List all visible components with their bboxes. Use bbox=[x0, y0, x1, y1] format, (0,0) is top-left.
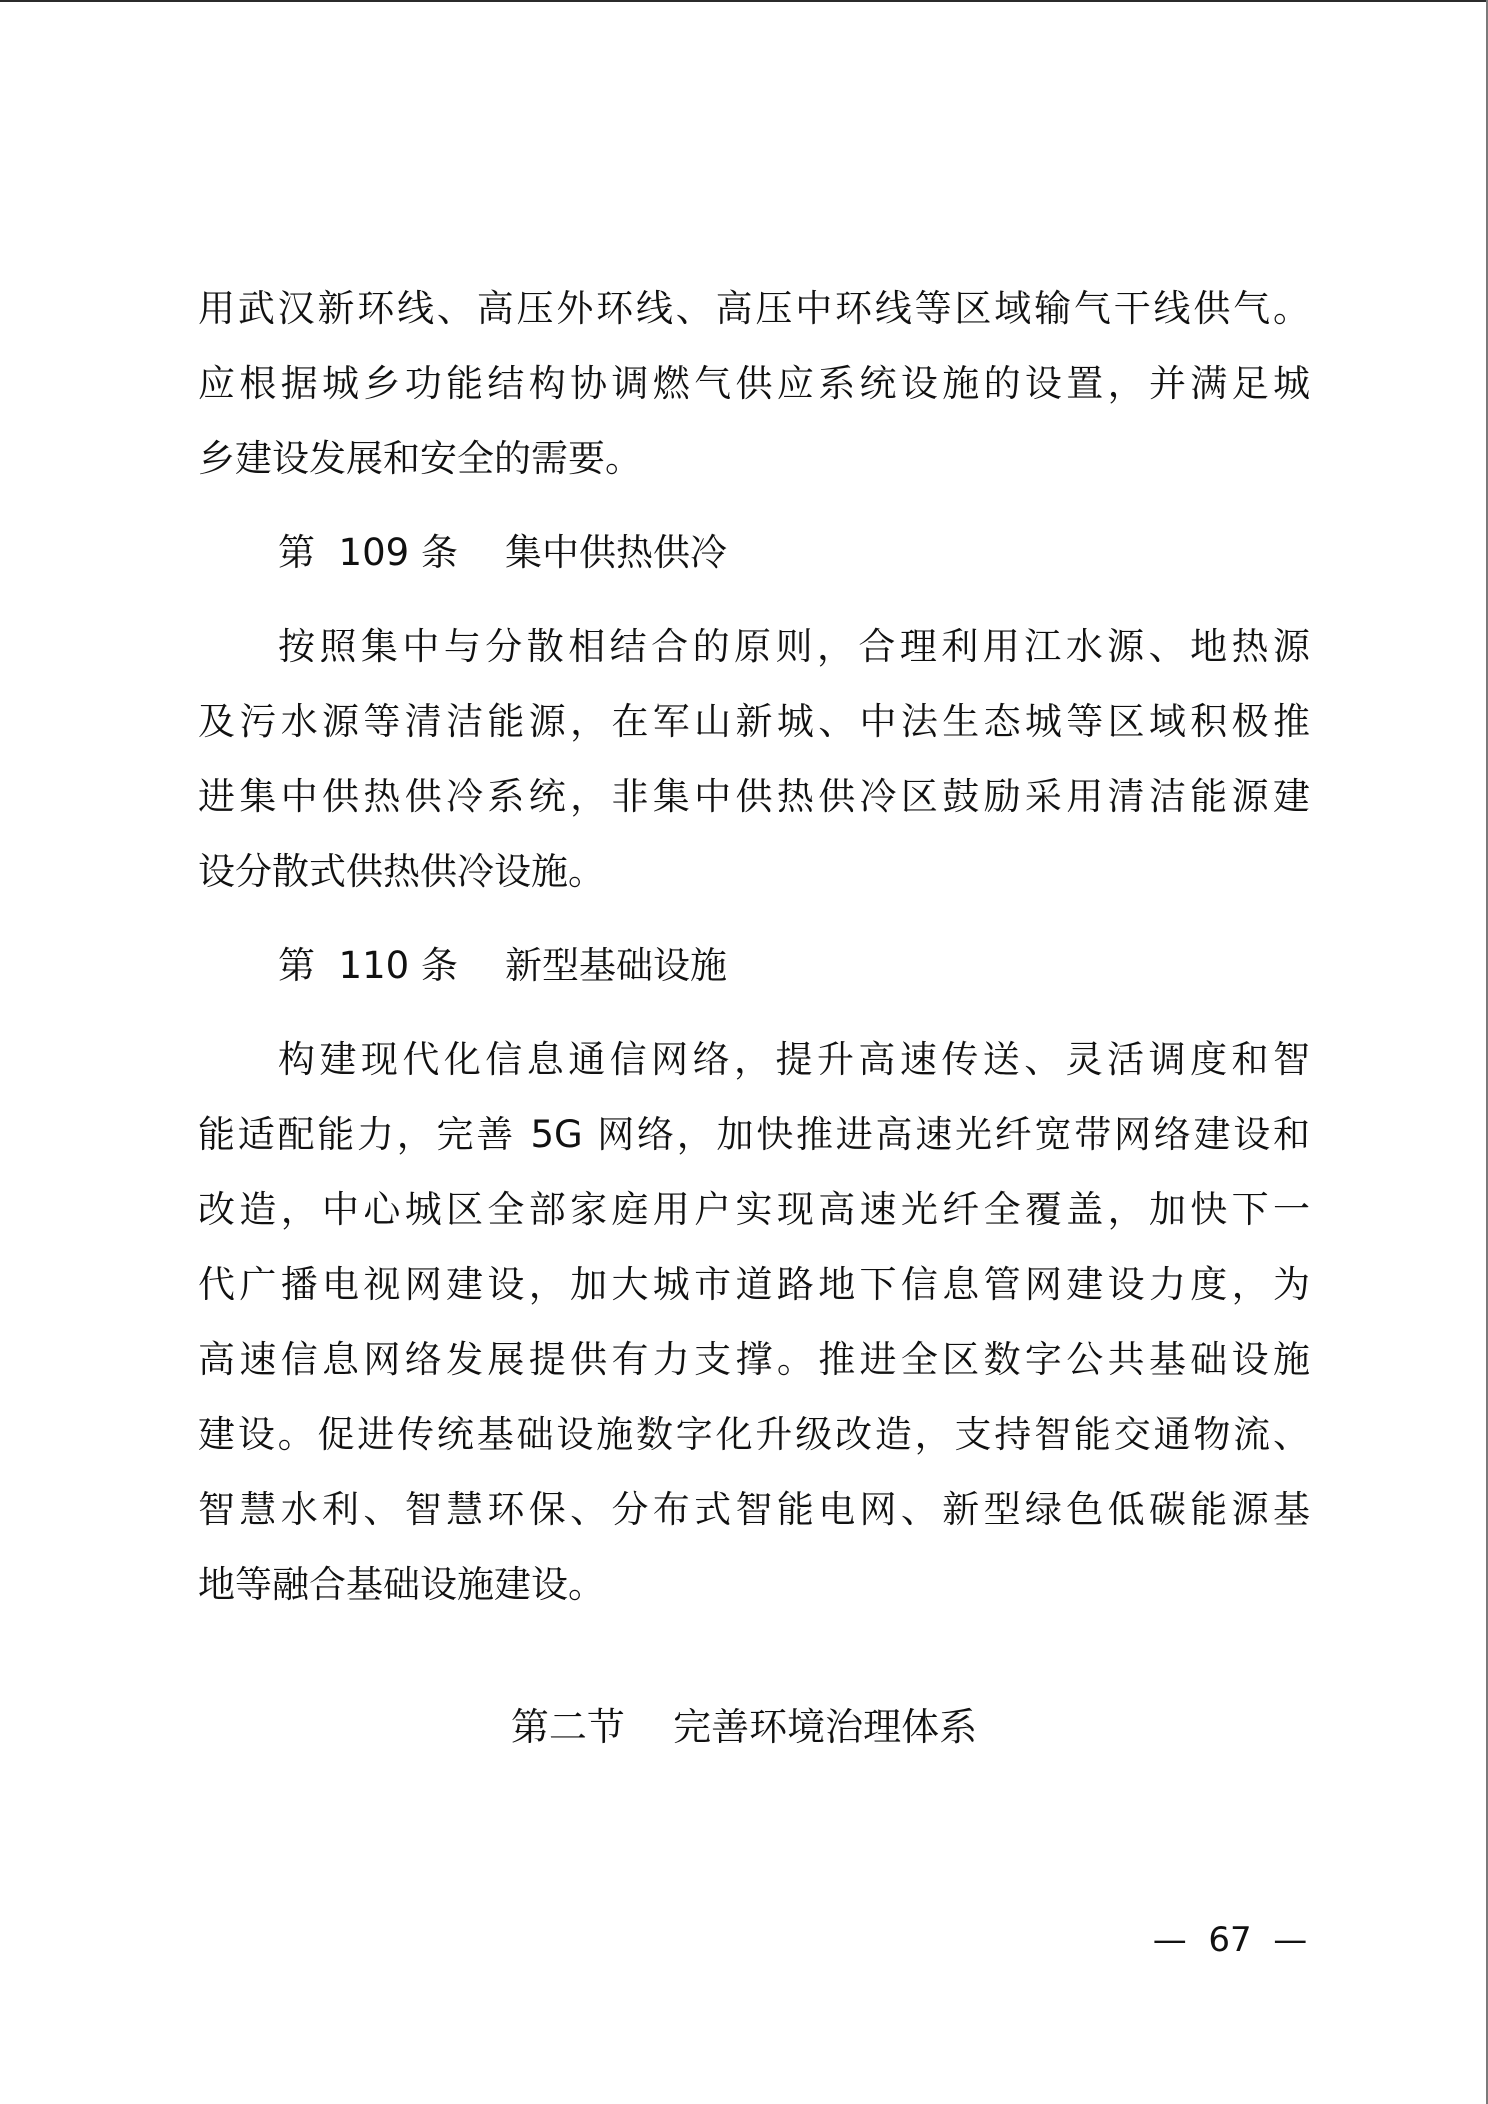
paragraph-line: 构建现代化信息通信网络，提升高速传送、灵活调度和智 bbox=[278, 1035, 1310, 1085]
paragraph-line: 代广播电视网建设，加大城市道路地下信息管网建设力度，为 bbox=[198, 1260, 1310, 1310]
paragraph-line: 设分散式供热供冷设施。 bbox=[198, 847, 1310, 897]
paragraph-line: 建设。促进传统基础设施数字化升级改造，支持智能交通物流、 bbox=[198, 1410, 1310, 1460]
paragraph-line: 乡建设发展和安全的需要。 bbox=[198, 434, 1310, 484]
paragraph-line: 应根据城乡功能结构协调燃气供应系统设施的设置，并满足城 bbox=[198, 359, 1310, 409]
paragraph-line: 进集中供热供冷系统，非集中供热供冷区鼓励采用清洁能源建 bbox=[198, 772, 1310, 822]
paragraph-line: 地等融合基础设施建设。 bbox=[198, 1560, 1310, 1610]
article-heading: 第 109 条 集中供热供冷 bbox=[278, 528, 727, 578]
article-heading: 第 110 条 新型基础设施 bbox=[278, 941, 727, 991]
section-title: 第二节 完善环境治理体系 bbox=[0, 1699, 1488, 1755]
paragraph-line: 按照集中与分散相结合的原则，合理利用江水源、地热源 bbox=[278, 622, 1310, 672]
paragraph-line: 智慧水利、智慧环保、分布式智能电网、新型绿色低碳能源基 bbox=[198, 1485, 1310, 1535]
paragraph-line: 高速信息网络发展提供有力支撑。推进全区数字公共基础设施 bbox=[198, 1335, 1310, 1385]
paragraph-line: 能适配能力，完善 5G 网络，加快推进高速光纤宽带网络建设和 bbox=[198, 1110, 1310, 1160]
paragraph-line: 改造，中心城区全部家庭用户实现高速光纤全覆盖，加快下一 bbox=[198, 1185, 1310, 1235]
paragraph-line: 用武汉新环线、高压外环线、高压中环线等区域输气干线供气。 bbox=[198, 284, 1310, 334]
document-page: 用武汉新环线、高压外环线、高压中环线等区域输气干线供气。 应根据城乡功能结构协调… bbox=[0, 0, 1488, 2104]
paragraph-line: 及污水源等清洁能源，在军山新城、中法生态城等区域积极推 bbox=[198, 697, 1310, 747]
page-number: — 67 — bbox=[1150, 1918, 1310, 1962]
